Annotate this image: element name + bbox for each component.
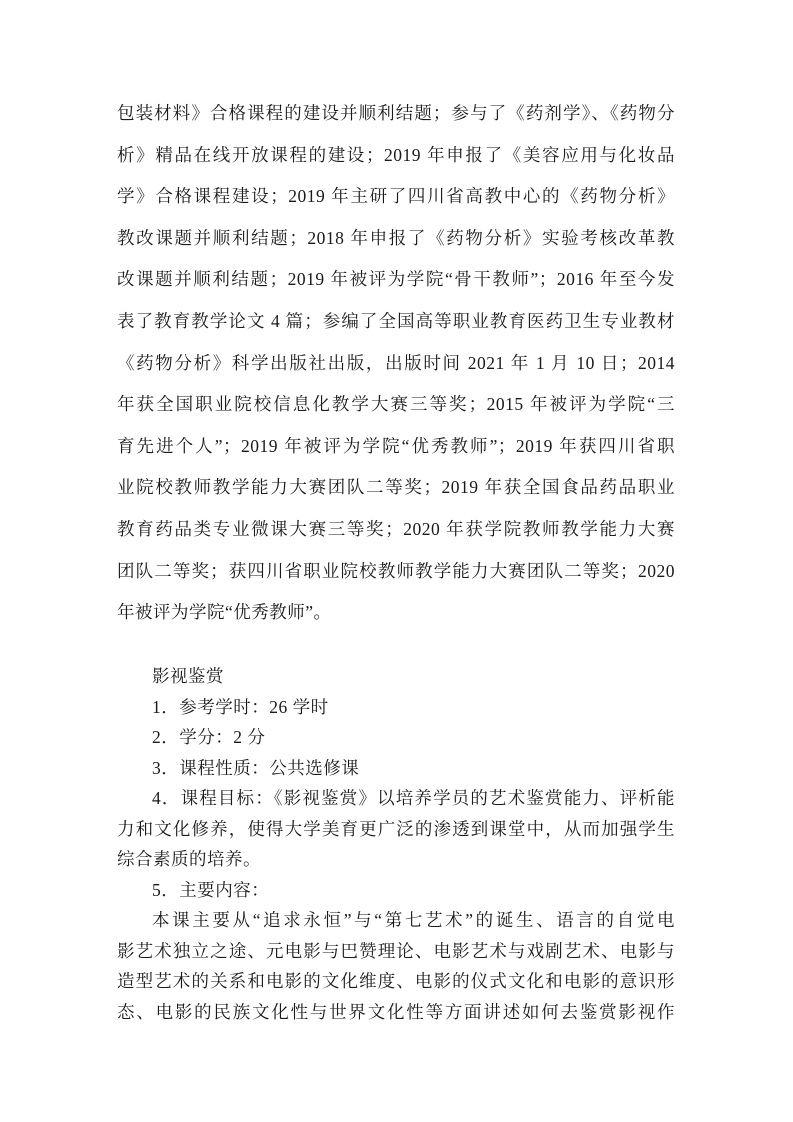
course-item-credits: 2．学分：2 分 [117,722,675,753]
course-content-line: 造型艺术的关系和电影的文化维度、电影的仪式文化和电影的意识形 [117,966,675,997]
document-page: 包装材料》合格课程的建设并顺利结题；参与了《药剂学》、《药物分 析》精品在线开放… [0,0,793,1122]
course-item-type: 3．课程性质：公共选修课 [117,753,675,784]
paragraph-line: 团队二等奖；获四川省职业院校教师教学能力大赛团队二等奖；2020 [117,551,675,593]
course-content-line: 本课主要从“追求永恒”与“第七艺术”的诞生、语言的自觉电 [117,905,675,936]
course-item-goal-line: 力和文化修养，使得大学美育更广泛的渗透到课堂中，从而加强学生 [117,814,675,845]
course-section: 影视鉴赏 1．参考学时：26 学时 2．学分：2 分 3．课程性质：公共选修课 … [117,661,675,1027]
paragraph-line: 年被评为学院“优秀教师”。 [117,592,675,634]
paragraph-line: 包装材料》合格课程的建设并顺利结题；参与了《药剂学》、《药物分 [117,93,675,135]
paragraph-line: 育先进个人”；2019 年被评为学院“优秀教师”；2019 年获四川省职 [117,426,675,468]
paragraph-line: 业院校教师教学能力大赛团队二等奖；2019 年获全国食品药品职业 [117,467,675,509]
course-title: 影视鉴赏 [117,661,675,692]
achievements-paragraph: 包装材料》合格课程的建设并顺利结题；参与了《药剂学》、《药物分 析》精品在线开放… [117,93,675,634]
paragraph-line: 表了教育教学论文 4 篇；参编了全国高等职业教育医药卫生专业教材 [117,301,675,343]
paragraph-line: 学》合格课程建设；2019 年主研了四川省高教中心的《药物分析》 [117,176,675,218]
course-item-content-heading: 5．主要内容： [117,875,675,906]
paragraph-line: 年获全国职业院校信息化教学大赛三等奖；2015 年被评为学院“三 [117,384,675,426]
course-item-goal-line: 4．课程目标：《影视鉴赏》以培养学员的艺术鉴赏能力、评析能 [117,783,675,814]
paragraph-line: 教育药品类专业微课大赛三等奖；2020 年获学院教师教学能力大赛 [117,509,675,551]
course-content-line: 影艺术独立之途、元电影与巴赞理论、电影艺术与戏剧艺术、电影与 [117,936,675,967]
paragraph-line: 改课题并顺利结题；2019 年被评为学院“骨干教师”；2016 年至今发 [117,259,675,301]
course-item-goal-line: 综合素质的培养。 [117,844,675,875]
course-item-hours: 1．参考学时：26 学时 [117,692,675,723]
paragraph-line: 析》精品在线开放课程的建设；2019 年申报了《美容应用与化妆品 [117,135,675,177]
paragraph-line: 《药物分析》科学出版社出版，出版时间 2021 年 1 月 10 日；2014 [117,343,675,385]
course-content-line: 态、电影的民族文化性与世界文化性等方面讲述如何去鉴赏影视作 [117,997,675,1028]
paragraph-line: 教改课题并顺利结题；2018 年申报了《药物分析》实验考核改革教 [117,218,675,260]
